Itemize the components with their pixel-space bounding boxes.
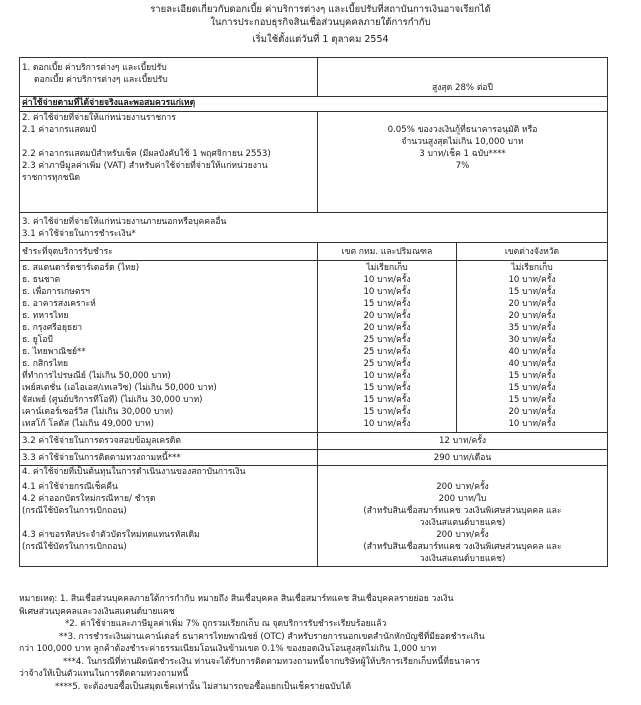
section-2-3-value: 7% xyxy=(320,160,605,172)
payment-row-provincial-fee: 40 บาท/ครั้ง xyxy=(459,358,605,370)
effective-date: เริ่มใช้ตั้งแต่วันที่ 1 ตุลาคม 2554 xyxy=(0,34,641,46)
payment-row-provincial-fee: 35 บาท/ครั้ง xyxy=(459,322,605,334)
payment-row-name: ธ. กสิกรไทย xyxy=(22,358,315,370)
section-1-title: 1. ดอกเบี้ย ค่าบริการต่างๆ และเบี้ยปรับ xyxy=(22,62,315,74)
section-4-1-value: 200 บาท/ครั้ง xyxy=(320,478,605,493)
section-3-header-row: 3. ค่าใช้จ่ายที่จ่ายให้แก่หน่วยงานภายนอก… xyxy=(20,213,608,243)
payment-row-provincial-fee: 15 บาท/ครั้ง xyxy=(459,370,605,382)
section-4-title: 4. ค่าใช้จ่ายที่เป็นต้นทุนในการดำเนินงาน… xyxy=(22,466,315,478)
note-4: ***4. ในกรณีที่ท่านผิดนัดชำระเงิน ท่านจะ… xyxy=(19,656,619,669)
payment-table-header: ชำระที่จุดบริการรับชำระ เขต กทม. และปริม… xyxy=(20,243,608,261)
payment-row-name: ธ. สแตนดาร์ดชาร์เตอร์ด (ไทย) xyxy=(22,262,315,274)
payment-row-bangkok-fee: 10 บาท/ครั้ง xyxy=(320,274,454,286)
payment-row-provincial-fee: 10 บาท/ครั้ง xyxy=(459,418,605,430)
payment-row-provincial-fee: ไม่เรียกเก็บ xyxy=(459,262,605,274)
column-header-service-point: ชำระที่จุดบริการรับชำระ xyxy=(20,243,318,261)
note-3: **3. การชำระเงินผ่านเคาน์เตอร์ ธนาคารไทย… xyxy=(19,631,619,644)
payment-row-provincial-fee: 40 บาท/ครั้ง xyxy=(459,346,605,358)
section-4-values: 200 บาท/ครั้ง 200 บาท/ใบ (สำหรับสินเชื่อ… xyxy=(318,466,608,567)
payment-row-name: ธ. กรุงศรีอยุธยา xyxy=(22,322,315,334)
section-4-2-label: 4.2 ค่าออกบัตรใหม่กรณีหาย/ ชำรุด xyxy=(22,493,315,505)
section-2-1-value: 0.05% ของวงเงินกู้ที่ธนาคารอนุมัติ หรือ xyxy=(320,124,605,136)
payment-row-provincial-fee: 15 บาท/ครั้ง xyxy=(459,382,605,394)
payment-row-name: เทสโก้ โลตัส (ไม่เกิน 49,000 บาท) xyxy=(22,418,315,430)
section-4-3-label: 4.3 ค่าขอรหัสประจำตัวบัตรใหม่ทดแทนรหัสเด… xyxy=(22,529,315,541)
section-4-labels: 4. ค่าใช้จ่ายที่เป็นต้นทุนในการดำเนินงาน… xyxy=(20,466,318,567)
section-3-title: 3. ค่าใช้จ่ายที่จ่ายให้แก่หน่วยงานภายนอก… xyxy=(22,216,605,228)
actual-expenses-heading: ค่าใช้จ่ายตามที่ได้จ่ายจริงและพอสมควรแก่… xyxy=(20,97,608,112)
section-2-values: 0.05% ของวงเงินกู้ที่ธนาคารอนุมัติ หรือ … xyxy=(318,112,608,213)
section-4-3-value: 200 บาท/ครั้ง xyxy=(320,529,605,541)
section-1-value: สูงสุด 28% ต่อปี xyxy=(318,58,608,97)
payment-row-bangkok-fee: 20 บาท/ครั้ง xyxy=(320,322,454,334)
section-4-2-value-sub-cont: วงเงินสแตนด์บายแคช) xyxy=(320,517,605,529)
payment-row-bangkok-fee: 25 บาท/ครั้ง xyxy=(320,334,454,346)
payment-row-provincial-fee: 15 บาท/ครั้ง xyxy=(459,286,605,298)
payment-row-provincial-fee: 20 บาท/ครั้ง xyxy=(459,406,605,418)
payment-row-bangkok-fee: 15 บาท/ครั้ง xyxy=(320,394,454,406)
section-4-row: 4. ค่าใช้จ่ายที่เป็นต้นทุนในการดำเนินงาน… xyxy=(20,466,608,567)
column-header-bangkok: เขต กทม. และปริมณฑล xyxy=(318,243,457,261)
payment-row-name: ธ. ยูโอบี xyxy=(22,334,315,346)
document-subtitle: ในการประกอบธุรกิจสินเชื่อส่วนบุคคลภายใต้… xyxy=(0,17,641,29)
note-1: หมายเหตุ: 1. สินเชื่อส่วนบุคคลภายใต้การก… xyxy=(19,593,619,606)
section-2-title: 2. ค่าใช้จ่ายที่จ่ายให้แก่หน่วยงานราชการ xyxy=(22,112,315,124)
payment-row-name: ธ. ทหารไทย xyxy=(22,310,315,322)
payment-row-provincial-fee: 30 บาท/ครั้ง xyxy=(459,334,605,346)
note-3-cont: กว่า 100,000 บาท ลูกค้าต้องชำระค่าธรรมเน… xyxy=(19,643,619,656)
note-5: ****5. จะต้องขอซื้อเป็นสมุดเช็คเท่านั้น … xyxy=(19,681,619,694)
payment-row-name: ธ. อาคารสงเคราะห์ xyxy=(22,298,315,310)
payment-rows: ธ. สแตนดาร์ดชาร์เตอร์ด (ไทย)ธ. ธนชาตธ. เ… xyxy=(20,261,608,433)
payment-row-bangkok-fee: 10 บาท/ครั้ง xyxy=(320,286,454,298)
section-2-3-label: 2.3 ค่าภาษีมูลค่าเพิ่ม (VAT) สำหรับค่าใช… xyxy=(22,160,315,172)
document-title: รายละเอียดเกี่ยวกับดอกเบี้ย ค่าบริการต่า… xyxy=(0,4,641,16)
service-point-names: ธ. สแตนดาร์ดชาร์เตอร์ด (ไทย)ธ. ธนชาตธ. เ… xyxy=(20,261,318,433)
payment-row-name: เคาน์เตอร์เซอร์วิส (ไม่เกิน 30,000 บาท) xyxy=(22,406,315,418)
credit-check-value: 12 บาท/ครั้ง xyxy=(318,433,608,450)
section-4-2-value-sub: (สำหรับสินเชื่อสมาร์ทแคช วงเงินพิเศษส่วน… xyxy=(320,505,605,517)
payment-row-bangkok-fee: ไม่เรียกเก็บ xyxy=(320,262,454,274)
section-1-item: ดอกเบี้ย ค่าบริการต่างๆ และเบี้ยปรับ xyxy=(22,74,168,86)
note-1-cont: พิเศษส่วนบุคคลและวงเงินสแตนด์บายแคช xyxy=(19,606,619,619)
payment-row-provincial-fee: 15 บาท/ครั้ง xyxy=(459,394,605,406)
credit-check-label: 3.2 ค่าใช้จ่ายในการตรวจสอบข้อมูลเครดิต xyxy=(20,433,318,450)
section-4-3-value-sub: (สำหรับสินเชื่อสมาร์ทแคช วงเงินพิเศษส่วน… xyxy=(320,541,605,553)
section-1-row: 1. ดอกเบี้ย ค่าบริการต่างๆ และเบี้ยปรับ … xyxy=(20,58,608,97)
section-3-heading: 3. ค่าใช้จ่ายที่จ่ายให้แก่หน่วยงานภายนอก… xyxy=(20,213,608,243)
bangkok-fees: ไม่เรียกเก็บ10 บาท/ครั้ง10 บาท/ครั้ง15 บ… xyxy=(318,261,457,433)
payment-row-provincial-fee: 20 บาท/ครั้ง xyxy=(459,298,605,310)
section-2-3-label-cont: ราชการทุกชนิด xyxy=(22,172,315,184)
payment-row-bangkok-fee: 15 บาท/ครั้ง xyxy=(320,298,454,310)
payment-row-name: จัสเพย์ (ศูนย์บริการทีโอที) (ไม่เกิน 30,… xyxy=(22,394,315,406)
note-4-cont: ว่าจ้างให้เป็นตัวแทนในการติดตามทวงถามหนี… xyxy=(19,668,619,681)
section-2-2-value: 3 บาท/เช็ค 1 ฉบับ**** xyxy=(320,148,605,160)
payment-row-name: ธ. เพื่อการเกษตรฯ xyxy=(22,286,315,298)
actual-expenses-heading-row: ค่าใช้จ่ายตามที่ได้จ่ายจริงและพอสมควรแก่… xyxy=(20,97,608,112)
section-4-2-label-sub: (กรณีใช้บัตรในการเบิกถอน) xyxy=(22,505,315,517)
payment-row-name: เพย์สเตชั่น (เอไอเอส/เทเลวิซ) (ไม่เกิน 5… xyxy=(22,382,315,394)
payment-row-bangkok-fee: 25 บาท/ครั้ง xyxy=(320,346,454,358)
credit-check-row: 3.2 ค่าใช้จ่ายในการตรวจสอบข้อมูลเครดิต 1… xyxy=(20,433,608,450)
payment-row-bangkok-fee: 15 บาท/ครั้ง xyxy=(320,406,454,418)
note-2: *2. ค่าใช้จ่ายและภาษีมูลค่าเพิ่ม 7% ถูกร… xyxy=(19,618,619,631)
payment-row-bangkok-fee: 10 บาท/ครั้ง xyxy=(320,418,454,430)
payment-row-name: ธ. ไทยพาณิชย์** xyxy=(22,346,315,358)
debt-collection-label: 3.3 ค่าใช้จ่ายในการติดตามทวงถามหนี้*** xyxy=(20,450,318,466)
debt-collection-row: 3.3 ค่าใช้จ่ายในการติดตามทวงถามหนี้*** 2… xyxy=(20,450,608,466)
section-4-3-value-sub-cont: วงเงินสแตนด์บายแคช) xyxy=(320,553,605,565)
footnotes: หมายเหตุ: 1. สินเชื่อส่วนบุคคลภายใต้การก… xyxy=(19,593,619,693)
column-header-provincial: เขตต่างจังหวัด xyxy=(457,243,608,261)
payment-row-bangkok-fee: 20 บาท/ครั้ง xyxy=(320,310,454,322)
section-2-1-value-cont: จำนวนสูงสุดไม่เกิน 10,000 บาท xyxy=(320,136,605,148)
section-2-2-label: 2.2 ค่าอากรแสตมป์สำหรับเช็ค (มีผลบังคับใ… xyxy=(22,148,315,160)
payment-row-bangkok-fee: 25 บาท/ครั้ง xyxy=(320,358,454,370)
section-2-row: 2. ค่าใช้จ่ายที่จ่ายให้แก่หน่วยงานราชการ… xyxy=(20,112,608,213)
payment-row-bangkok-fee: 10 บาท/ครั้ง xyxy=(320,370,454,382)
section-2-label: 2. ค่าใช้จ่ายที่จ่ายให้แก่หน่วยงานราชการ… xyxy=(20,112,318,213)
section-4-2-value: 200 บาท/ใบ xyxy=(320,493,605,505)
section-3-1-subtitle: 3.1 ค่าใช้จ่ายในการชำระเงิน* xyxy=(22,228,605,240)
payment-row-name: ธ. ธนชาต xyxy=(22,274,315,286)
debt-collection-value: 290 บาท/เดือน xyxy=(318,450,608,466)
section-4-1-label: 4.1 ค่าใช้จ่ายกรณีเช็คคืน xyxy=(22,478,315,493)
payment-row-provincial-fee: 10 บาท/ครั้ง xyxy=(459,274,605,286)
payment-row-name: ที่ทำการไปรษณีย์ (ไม่เกิน 50,000 บาท) xyxy=(22,370,315,382)
payment-row-provincial-fee: 20 บาท/ครั้ง xyxy=(459,310,605,322)
section-2-1-label: 2.1 ค่าอากรแสตมป์ xyxy=(22,124,315,136)
provincial-fees: ไม่เรียกเก็บ10 บาท/ครั้ง15 บาท/ครั้ง20 บ… xyxy=(457,261,608,433)
section-4-3-label-sub: (กรณีใช้บัตรในการเบิกถอน) xyxy=(22,541,315,553)
fee-table: 1. ดอกเบี้ย ค่าบริการต่างๆ และเบี้ยปรับ … xyxy=(19,57,608,567)
section-1-label: 1. ดอกเบี้ย ค่าบริการต่างๆ และเบี้ยปรับ … xyxy=(20,58,318,97)
payment-row-bangkok-fee: 15 บาท/ครั้ง xyxy=(320,382,454,394)
